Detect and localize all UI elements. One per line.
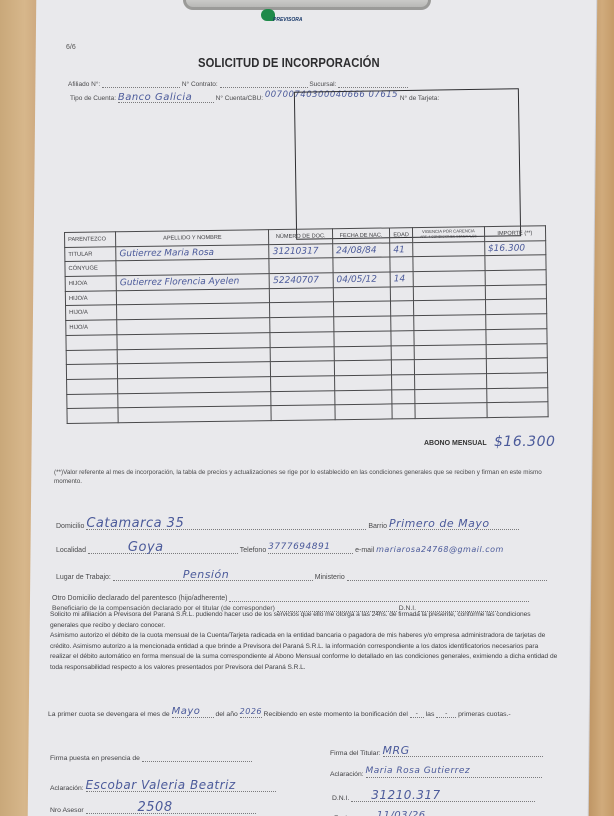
cell-importe[interactable] [486, 373, 548, 389]
cell-vigencia[interactable] [414, 359, 486, 375]
cell-fecha[interactable]: 04/05/12 [333, 272, 390, 287]
cuotas-suffix: primeras cuotas.- [458, 711, 511, 718]
cell-doc[interactable] [270, 302, 334, 318]
fecha-field[interactable]: 11/03/26 [357, 810, 541, 816]
cell-importe[interactable] [486, 343, 548, 359]
contrato-field[interactable] [220, 80, 308, 88]
logo-text: PREVISORA [273, 17, 302, 23]
legal-paragraph-1: Solicito mi afiliación a Previsora del P… [50, 610, 560, 631]
first-payment-prefix: La primer cuota se devengara el mes de [48, 711, 170, 718]
cell-fecha[interactable]: 24/08/84 [332, 243, 389, 258]
aclaracion-titular-field[interactable]: Maria Rosa Gutierrez [366, 766, 542, 778]
cell-doc[interactable] [269, 258, 333, 274]
cell-doc[interactable] [271, 390, 335, 406]
cell-edad[interactable] [391, 345, 414, 360]
email-label: e-mail [355, 547, 374, 554]
cell-parentezco: CÓNYUGE [65, 261, 116, 276]
family-table-body: TITULARGutierrez Maria Rosa3121031724/08… [65, 240, 548, 423]
cell-vigencia[interactable] [413, 285, 485, 301]
abono-value[interactable]: $16.300 [494, 434, 555, 450]
cell-vigencia[interactable] [414, 315, 486, 331]
cell-edad[interactable] [391, 360, 414, 375]
cell-fecha[interactable] [333, 257, 390, 272]
cell-vigencia[interactable] [414, 300, 486, 316]
cell-parentezco [67, 408, 118, 423]
firma-presencia-field[interactable] [142, 754, 252, 762]
cell-nombre[interactable] [118, 406, 272, 423]
aclaracion-asesor-field[interactable]: Escobar Valeria Beatriz [86, 778, 276, 792]
cuenta-label: N° Cuenta/CBU: [216, 95, 263, 102]
cell-parentezco [67, 379, 118, 394]
dni-titular-field[interactable]: 31210.317 [351, 788, 535, 802]
cell-parentezco [66, 335, 117, 350]
cell-doc[interactable] [271, 405, 335, 421]
cell-importe[interactable] [486, 329, 548, 345]
aclaracion-asesor-label: Aclaración: [50, 785, 84, 792]
domicilio-label: Domicilio [56, 523, 84, 530]
cell-fecha[interactable] [333, 301, 390, 316]
otro-domicilio-label: Otro Domicilio declarado del parentesco … [52, 595, 227, 602]
header-fecha: FECHA DE NAC. [332, 228, 389, 243]
cell-fecha[interactable] [335, 390, 392, 405]
page-number: 6/6 [66, 44, 76, 51]
firma-titular-label: Firma del Titular: [330, 750, 381, 757]
legal-text: Solicito mi afiliación a Previsora del P… [50, 610, 560, 673]
cell-vigencia[interactable] [414, 329, 486, 345]
tipo-cuenta-field[interactable]: Banco Galicia [118, 92, 214, 103]
firma-titular-row: Firma del Titular: MRG [330, 744, 543, 757]
cell-parentezco: TITULAR [65, 246, 116, 261]
contrato-label: N° Contrato: [182, 81, 218, 88]
first-payment-year[interactable]: 2026 [240, 707, 262, 718]
cuotas-count[interactable]: - [436, 710, 456, 718]
cell-parentezco: HIJO/A [66, 320, 117, 335]
tipo-cuenta-label: Tipo de Cuenta: [70, 95, 116, 102]
firma-titular-field[interactable]: MRG [383, 744, 543, 757]
cell-doc[interactable] [271, 346, 335, 362]
domicilio-row: Domicilio Catamarca 35 Barrio Primero de… [56, 516, 519, 530]
telefono-field[interactable]: 3777694891 [268, 542, 353, 554]
cell-importe[interactable] [485, 314, 547, 330]
cell-edad[interactable]: 41 [390, 242, 413, 257]
cell-importe[interactable] [487, 402, 549, 418]
header-importe: IMPORTE (**) [484, 226, 546, 242]
cell-parentezco [67, 393, 118, 408]
dni-titular-row: D.N.I. 31210.317 [332, 788, 535, 802]
cell-doc[interactable] [271, 376, 335, 392]
photo-box [294, 88, 521, 240]
cell-doc[interactable] [271, 361, 335, 377]
cell-vigencia[interactable] [414, 344, 486, 360]
cell-doc[interactable]: 52240707 [270, 273, 334, 289]
cell-doc[interactable]: 31210317 [269, 243, 333, 259]
cell-parentezco [66, 349, 117, 364]
header-doc: NÚMERO DE DOC. [269, 229, 333, 245]
abono-label: ABONO MENSUAL [424, 440, 487, 447]
cell-vigencia[interactable] [415, 373, 487, 389]
cell-importe[interactable] [485, 299, 547, 315]
cell-doc[interactable] [270, 317, 334, 333]
bonus-pct[interactable]: - [410, 710, 424, 718]
barrio-field[interactable]: Primero de Mayo [389, 517, 519, 530]
localidad-row: Localidad Goya Telefono 3777694891 e-mai… [56, 540, 504, 554]
cell-doc[interactable] [270, 332, 334, 348]
sucursal-field[interactable] [338, 80, 408, 88]
ministerio-field[interactable] [347, 573, 547, 581]
localidad-field[interactable]: Goya [88, 540, 238, 554]
trabajo-label: Lugar de Trabajo: [56, 574, 111, 581]
cell-vigencia[interactable] [413, 241, 485, 257]
barrio-label: Barrio [368, 523, 387, 530]
cell-edad[interactable] [390, 257, 413, 272]
cell-fecha[interactable] [335, 404, 392, 419]
header-parentezco: PARENTEZCO [65, 232, 116, 247]
cell-importe[interactable] [485, 270, 547, 286]
sucursal-label: Sucursal: [309, 81, 336, 88]
las-label: las [426, 711, 435, 718]
cell-edad[interactable] [392, 389, 415, 404]
cell-vigencia[interactable] [413, 256, 485, 272]
cell-parentezco: HIJO/A [65, 291, 116, 306]
cell-parentezco [66, 364, 117, 379]
afiliado-field[interactable] [102, 80, 180, 88]
vigencia-sub: ART. 4 CONDICIONES GENERALES [420, 235, 477, 240]
cell-parentezco: HIJO/A [65, 276, 116, 291]
firma-presencia-label: Firma puesta en presencia de [50, 755, 140, 762]
cell-edad[interactable] [390, 286, 413, 301]
header-vigencia: VIGENCIA POR CARENCIA ART. 4 CONDICIONES… [413, 227, 485, 243]
cell-vigencia[interactable] [415, 388, 487, 404]
cell-importe[interactable]: $16.300 [484, 240, 546, 256]
application-form: 6/6 SOLICITUD DE INCORPORACIÓN Afiliado … [48, 36, 558, 816]
cell-fecha[interactable] [334, 345, 391, 360]
header-row-1: Afiliado N°: N° Contrato: Sucursal: [68, 80, 408, 88]
cell-vigencia[interactable] [413, 271, 485, 287]
dni-titular-label: D.N.I. [332, 795, 349, 802]
page-title: SOLICITUD DE INCORPORACIÓN [198, 56, 380, 70]
otro-domicilio-field[interactable] [229, 594, 529, 602]
cell-importe[interactable] [486, 358, 548, 374]
aclaracion-titular-row: Aclaración: Maria Rosa Gutierrez [330, 766, 542, 778]
cell-parentezco: HIJO/A [66, 305, 117, 320]
cell-fecha[interactable] [334, 360, 391, 375]
afiliado-label: Afiliado N°: [68, 81, 100, 88]
legal-paragraph-2: Asimismo autorizo el débito de la cuota … [50, 631, 560, 673]
family-table: PARENTEZCO APELLIDO Y NOMBRE NÚMERO DE D… [64, 225, 549, 424]
domicilio-field[interactable]: Catamarca 35 [86, 516, 366, 530]
cell-fecha[interactable] [333, 287, 390, 302]
cell-importe[interactable] [486, 387, 548, 403]
clipboard-clip [183, 0, 431, 10]
fecha-row: Fecha: 11/03/26 [334, 810, 541, 816]
year-label: del año [215, 711, 237, 718]
localidad-label: Localidad [56, 547, 86, 554]
header-edad: EDAD [390, 228, 413, 243]
firma-presencia-row: Firma puesta en presencia de [50, 754, 252, 762]
cell-importe[interactable] [485, 285, 547, 301]
cell-importe[interactable] [485, 255, 547, 271]
cell-edad[interactable] [392, 404, 415, 419]
company-logo: PREVISORA [261, 9, 301, 23]
cell-edad[interactable] [392, 374, 415, 389]
cell-edad[interactable] [391, 301, 414, 316]
ministerio-label: Ministerio [315, 574, 345, 581]
aclaracion-titular-label: Aclaración: [330, 771, 364, 778]
email-field[interactable]: mariarosa24768@gmail.com [376, 545, 504, 554]
cell-edad[interactable]: 14 [390, 272, 413, 287]
bonus-text: Recibiendo en este momento la bonificaci… [264, 711, 408, 718]
cell-fecha[interactable] [334, 331, 391, 346]
cell-vigencia[interactable] [415, 403, 487, 419]
cell-fecha[interactable] [334, 375, 391, 390]
nro-asesor-field[interactable]: 2508 [86, 800, 256, 814]
nro-asesor-row: Nro Asesor 2508 [50, 800, 256, 814]
telefono-label: Telefono [240, 547, 266, 554]
first-payment-row: La primer cuota se devengara el mes de M… [48, 706, 511, 718]
otro-domicilio-row: Otro Domicilio declarado del parentesco … [52, 594, 529, 602]
trabajo-row: Lugar de Trabajo: Pensión Ministerio [56, 568, 547, 581]
cell-edad[interactable] [391, 316, 414, 331]
cell-fecha[interactable] [334, 316, 391, 331]
cell-edad[interactable] [391, 330, 414, 345]
cell-doc[interactable] [270, 287, 334, 303]
nro-asesor-label: Nro Asesor [50, 807, 84, 814]
first-payment-month[interactable]: Mayo [172, 706, 214, 718]
trabajo-field[interactable]: Pensión [113, 568, 313, 581]
aclaracion-asesor-row: Aclaración: Escobar Valeria Beatriz [50, 778, 276, 792]
pricing-note: (**)Valor referente al mes de incorporac… [54, 468, 554, 486]
